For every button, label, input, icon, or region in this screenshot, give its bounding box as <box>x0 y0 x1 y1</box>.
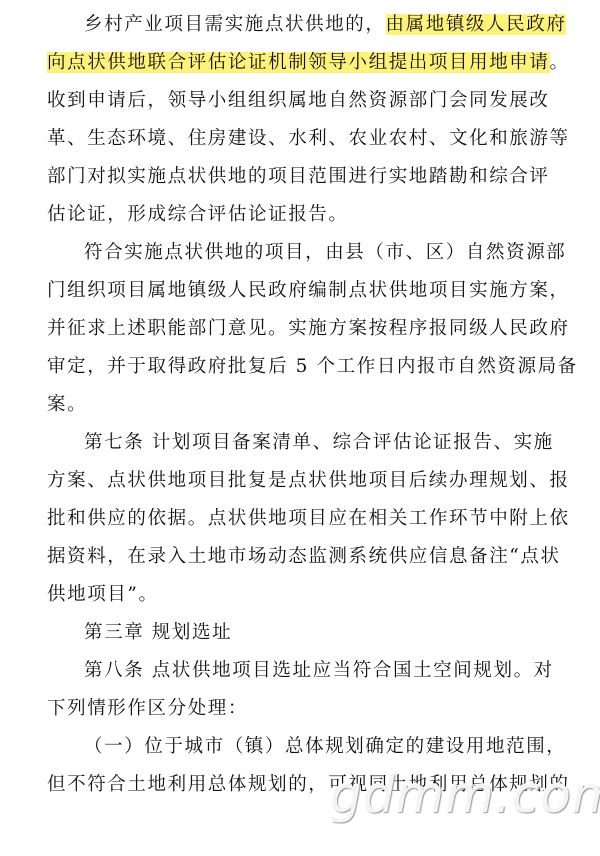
text: 乡村产业项目需实施点状供地的， <box>84 14 386 35</box>
text-line: 下列情形作区分处理： <box>47 694 248 724</box>
article-eight-line: 第八条 点状供地项目选址应当符合国土空间规划。对 <box>84 656 554 686</box>
text-line: 案。 <box>47 390 87 420</box>
text-line: 收到申请后，领导小组组织属地自然资源部门会同发展改 <box>47 86 550 116</box>
text-line: 估论证，形成综合评估论证报告。 <box>47 200 349 230</box>
text-line: 革、生态环境、住房建设、水利、农业农村、文化和旅游等 <box>47 124 570 154</box>
article-seven-line: 第七条 计划项目备案清单、综合评估论证报告、实施 <box>84 428 554 458</box>
text-line: 门组织项目属地镇级人民政府编制点状供地项目实施方案， <box>47 276 570 306</box>
text: 。 <box>550 52 570 73</box>
text-line: 审定，并于取得政府批复后 5 个工作日内报市自然资源局备 <box>47 352 578 382</box>
highlighted-text: 向点状供地联合评估论证机制领导小组提出项目用地申请 <box>47 52 550 73</box>
text-line: 批和供应的依据。点状供地项目应在相关工作环节中附上依 <box>47 504 570 534</box>
text-line: 符合实施点状供地的项目，由县（市、区）自然资源部 <box>84 238 566 268</box>
text-line: 并征求上述职能部门意见。实施方案按程序报同级人民政府 <box>47 314 570 344</box>
text-line: 向点状供地联合评估论证机制领导小组提出项目用地申请。 <box>47 48 570 78</box>
text-line: 部门对拟实施点状供地的项目范围进行实地踏勘和综合评 <box>47 162 550 192</box>
text-line: 方案、点状供地项目批复是点状供地项目后续办理规划、报 <box>47 466 570 496</box>
text-line: 供地项目”。 <box>47 580 159 610</box>
text-line: （一）位于城市（镇）总体规划确定的建设用地范围， <box>84 732 566 762</box>
chapter-heading: 第三章 规划选址 <box>84 618 232 648</box>
highlighted-text: 由属地镇级人民政府 <box>386 14 567 35</box>
text-line: 乡村产业项目需实施点状供地的，由属地镇级人民政府 <box>84 10 566 40</box>
watermark-logo: gdmm.com <box>330 766 600 824</box>
text-line: 据资料，在录入土地市场动态监测系统供应信息备注“点状 <box>47 542 561 572</box>
